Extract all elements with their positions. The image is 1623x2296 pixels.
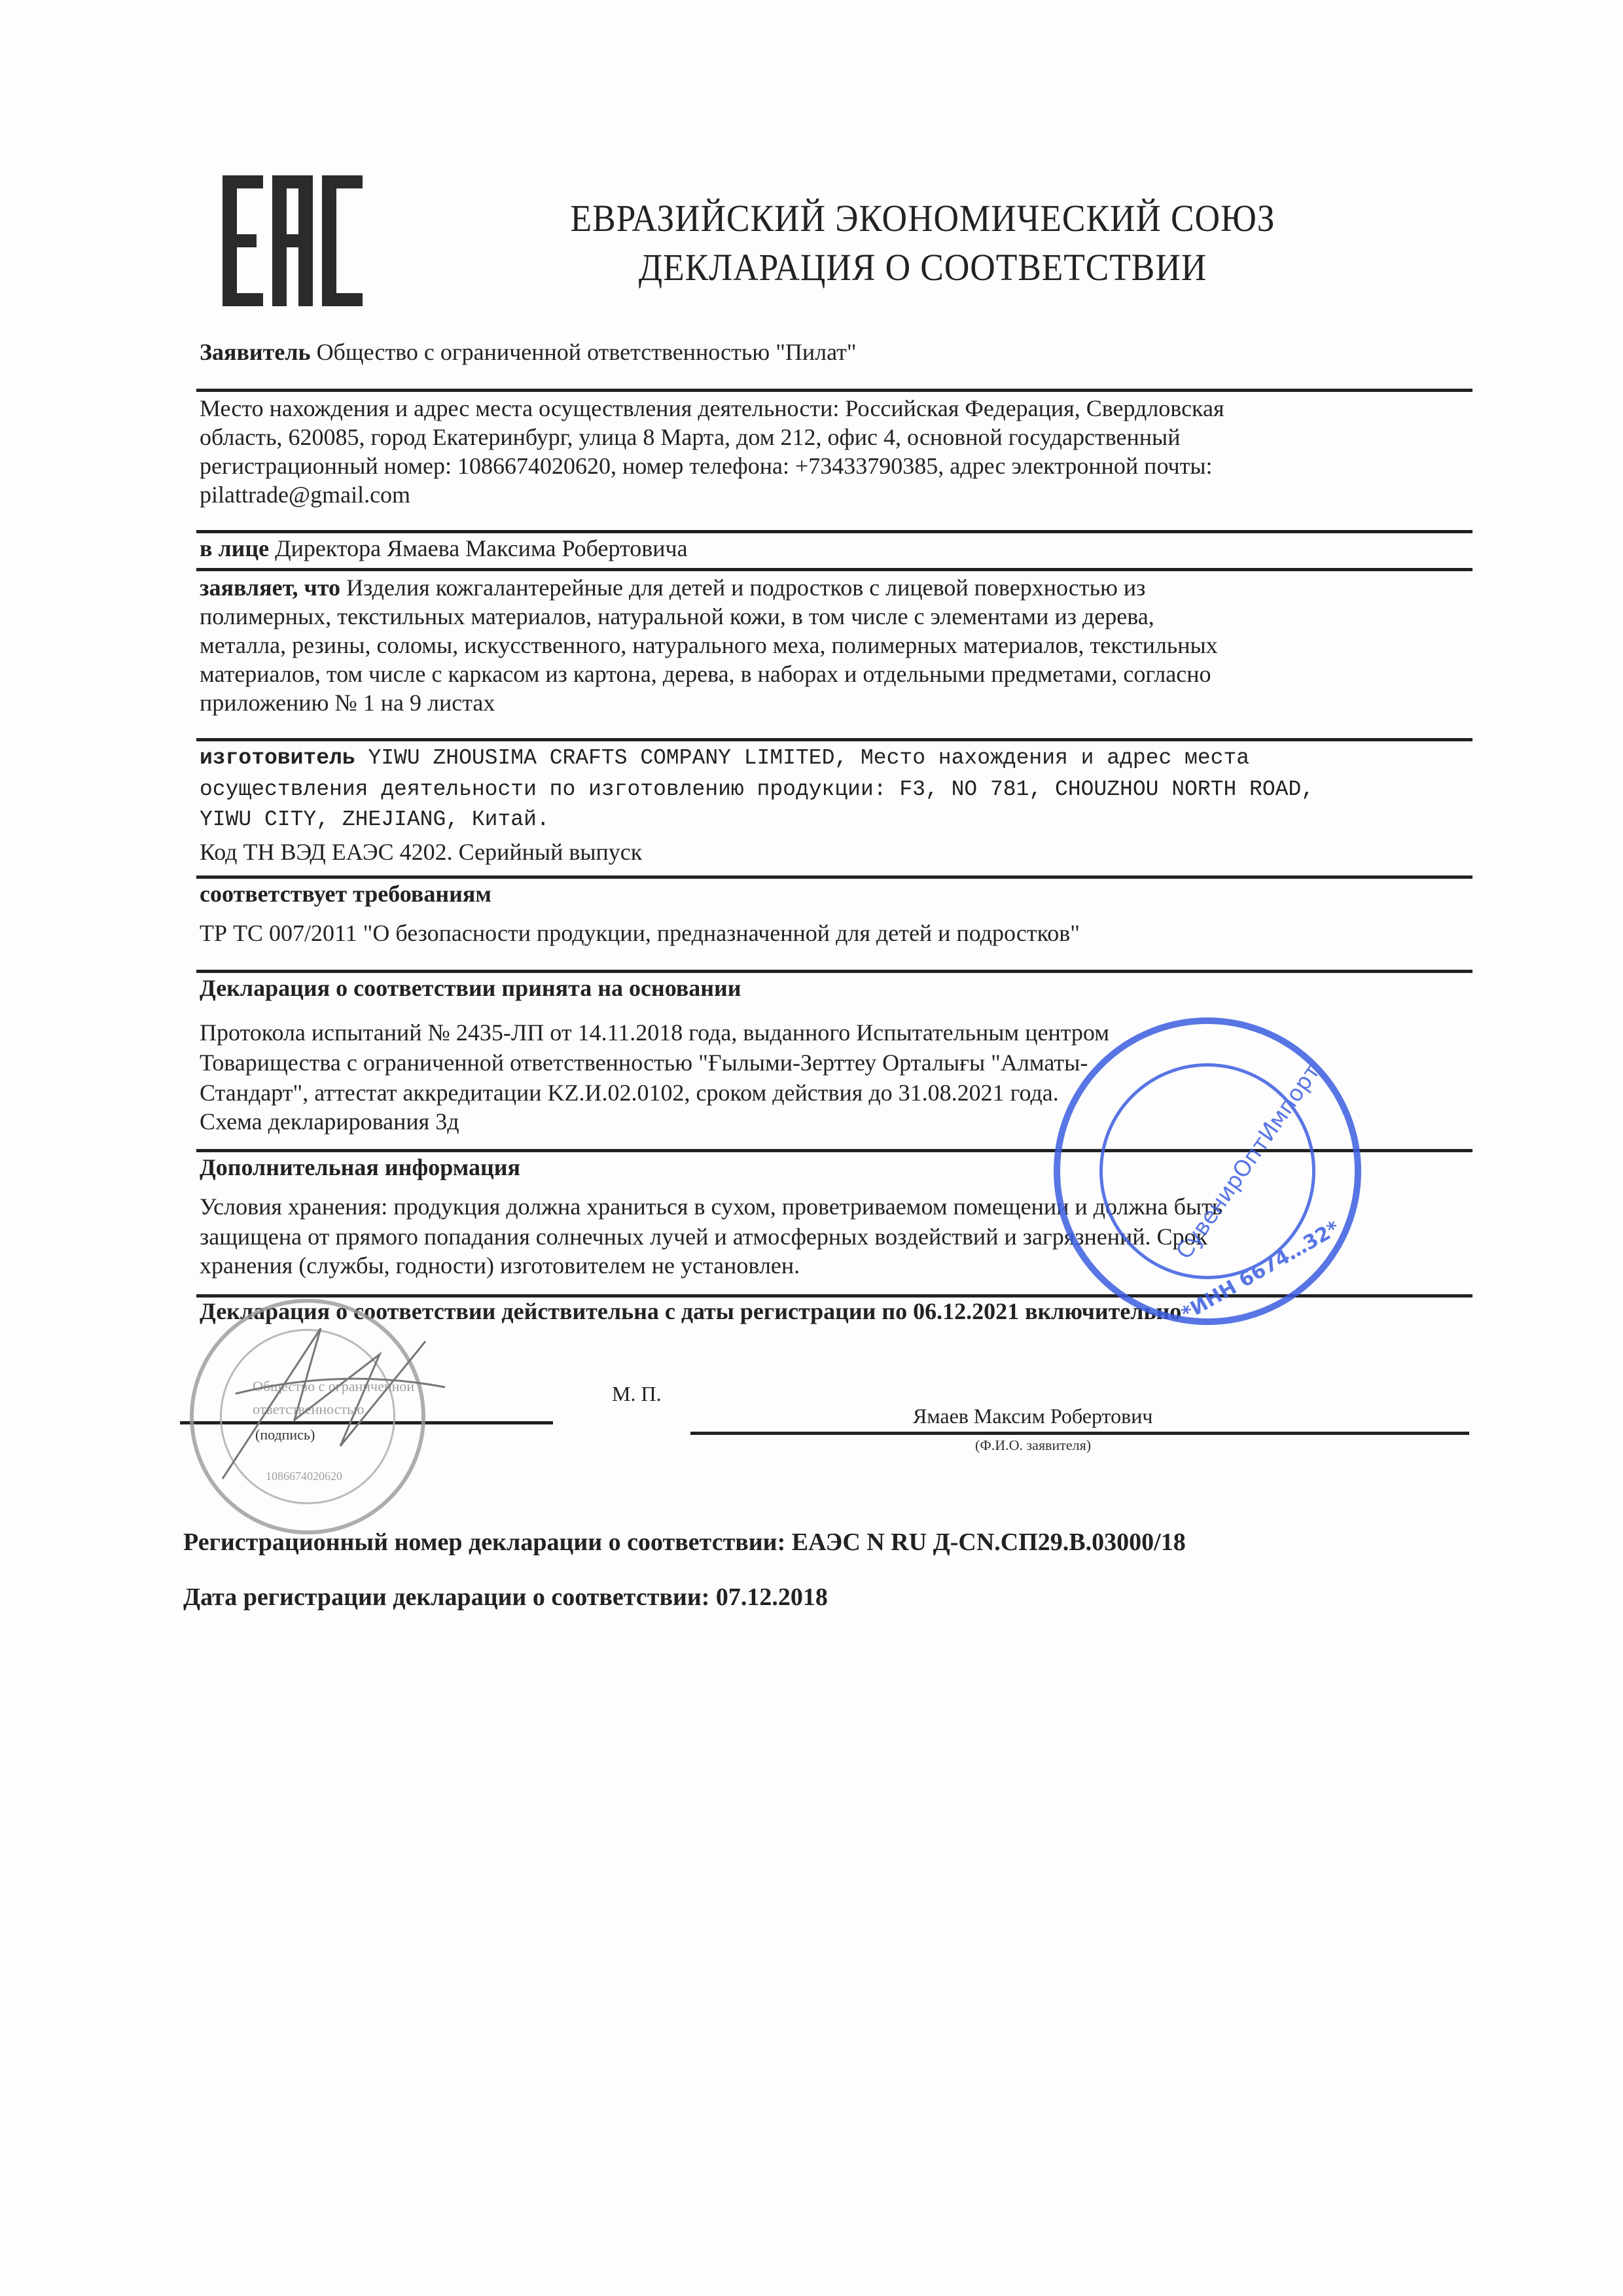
applicant-label: Заявитель: [200, 339, 311, 365]
declares-line-3: металла, резины, соломы, искусственного,…: [200, 633, 1218, 657]
represented-row: в лице Директора Ямаева Максима Робертов…: [200, 537, 688, 560]
manufacturer-text: YIWU ZHOUSIMA CRAFTS COMPANY LIMITED, Ме…: [368, 746, 1249, 770]
signer-name: Ямаев Максим Робертович: [913, 1405, 1152, 1426]
registration-date: Дата регистрации декларации о соответств…: [183, 1585, 828, 1610]
company-seal-stamp: СувенирОптИмпорт *ИНН 6674…32*: [1054, 1017, 1361, 1325]
manufacturer-line-1: изготовитель YIWU ZHOUSIMA CRAFTS COMPAN…: [200, 747, 1249, 769]
basis-line-2: Товарищества с ограниченной ответственно…: [200, 1051, 1088, 1074]
divider: [196, 530, 1472, 533]
declares-line-4: материалов, том числе с каркасом из карт…: [200, 662, 1211, 686]
declaration-page: ЕВРАЗИЙСКИЙ ЭКОНОМИЧЕСКИЙ СОЮЗ ДЕКЛАРАЦИ…: [0, 0, 1623, 2296]
basis-line-1: Протокола испытаний № 2435-ЛП от 14.11.2…: [200, 1021, 1109, 1044]
name-caption: (Ф.И.О. заявителя): [975, 1437, 1091, 1454]
handwritten-signature: [209, 1315, 484, 1511]
union-title: ЕВРАЗИЙСКИЙ ЭКОНОМИЧЕСКИЙ СОЮЗ: [531, 196, 1314, 240]
registration-number: Регистрационный номер декларации о соотв…: [183, 1530, 1186, 1555]
declares-line-5: приложению № 1 на 9 листах: [200, 691, 495, 715]
document-title: ДЕКЛАРАЦИЯ О СООТВЕТСТВИИ: [531, 245, 1314, 289]
address-line-3: регистрационный номер: 1086674020620, но…: [200, 454, 1213, 478]
name-line: [690, 1432, 1469, 1435]
divider: [196, 875, 1472, 879]
eac-letter-a: [272, 175, 313, 306]
conforms-value: ТР ТС 007/2011 "О безопасности продукции…: [200, 921, 1080, 945]
additional-label: Дополнительная информация: [200, 1156, 520, 1179]
divider: [196, 970, 1472, 973]
hs-code-line: Код ТН ВЭД ЕАЭС 4202. Серийный выпуск: [200, 840, 642, 864]
represented-label: в лице: [200, 535, 269, 561]
declares-text: Изделия кожгалантерейные для детей и под…: [346, 574, 1145, 601]
represented-value: Директора Ямаева Максима Робертовича: [275, 535, 687, 561]
address-line-2: область, 620085, город Екатеринбург, ули…: [200, 425, 1180, 449]
mp-label: М. П.: [612, 1383, 662, 1404]
basis-label: Декларация о соответствии принята на осн…: [200, 976, 741, 1000]
divider: [196, 738, 1472, 741]
manufacturer-line-2: осуществления деятельности по изготовлен…: [200, 779, 1314, 800]
divider: [196, 389, 1472, 392]
address-line-1: Место нахождения и адрес места осуществл…: [200, 397, 1224, 420]
divider: [196, 568, 1472, 571]
conforms-label: соответствует требованиям: [200, 882, 491, 906]
manufacturer-label: изготовитель: [200, 746, 355, 770]
additional-line-3: хранения (службы, годности) изготовителе…: [200, 1254, 800, 1277]
eac-mark-icon: [223, 175, 366, 306]
declares-label: заявляет, что: [200, 574, 340, 601]
declares-line-1: заявляет, что Изделия кожгалантерейные д…: [200, 576, 1145, 599]
basis-line-4: Схема декларирования 3д: [200, 1110, 459, 1133]
manufacturer-line-3: YIWU CITY, ZHEJIANG, Китай.: [200, 809, 550, 830]
applicant-value: Общество с ограниченной ответственностью…: [317, 339, 857, 365]
basis-line-3: Стандарт", аттестат аккредитации KZ.И.02…: [200, 1081, 1059, 1104]
additional-line-2: защищена от прямого попадания солнечных …: [200, 1225, 1207, 1248]
applicant-row: Заявитель Общество с ограниченной ответс…: [200, 340, 857, 364]
declares-line-2: полимерных, текстильных материалов, нату…: [200, 605, 1154, 628]
address-line-email: pilattrade@gmail.com: [200, 483, 410, 506]
eac-letter-e: [223, 175, 263, 306]
eac-letter-c: [322, 175, 363, 306]
